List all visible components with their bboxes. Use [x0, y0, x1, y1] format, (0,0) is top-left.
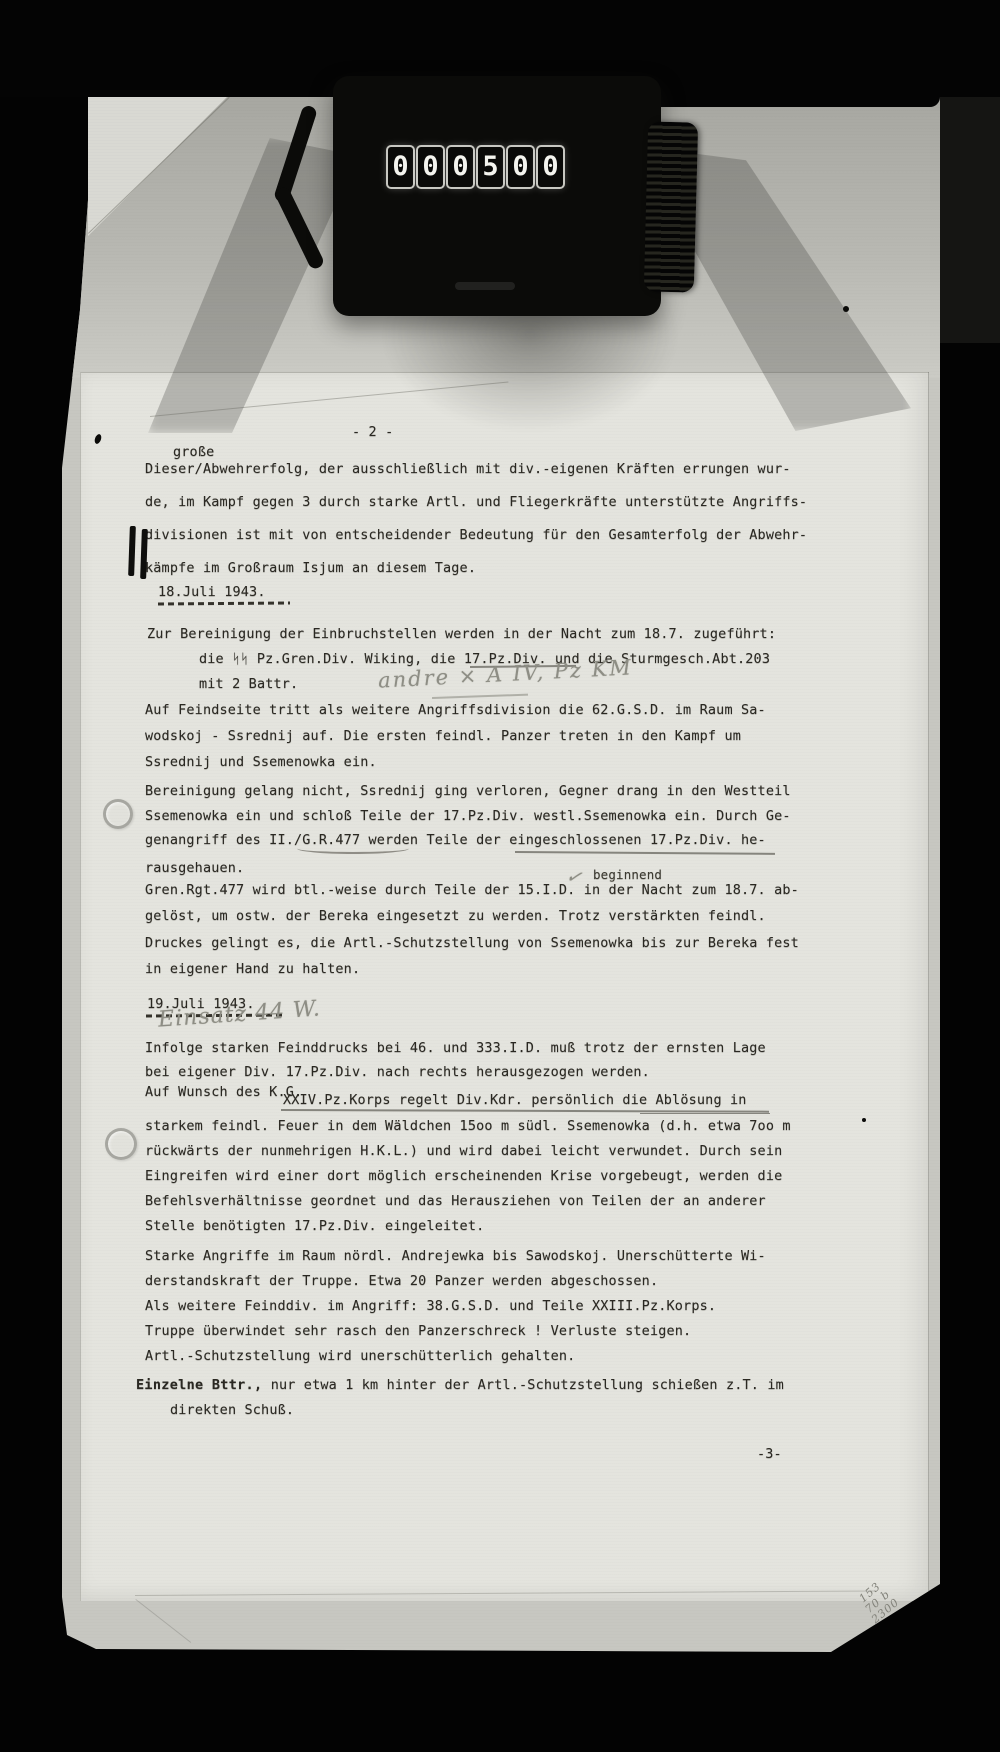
frame-counter-device [333, 76, 661, 316]
counter-thumbwheel-icon [644, 121, 698, 292]
counter-digit: 0 [448, 147, 473, 187]
counter-digit: 0 [538, 147, 563, 187]
counter-digit: 0 [388, 147, 413, 187]
counter-digit-window: 0 0 0 5 0 0 [388, 147, 563, 187]
counter-digit: 5 [478, 147, 503, 187]
microfilm-scan: - 2 - große Dieser/Abwehrerfolg, der aus… [0, 0, 1000, 1752]
counter-digit: 0 [508, 147, 533, 187]
counter-highlight [455, 282, 515, 290]
counter-digit: 0 [418, 147, 443, 187]
